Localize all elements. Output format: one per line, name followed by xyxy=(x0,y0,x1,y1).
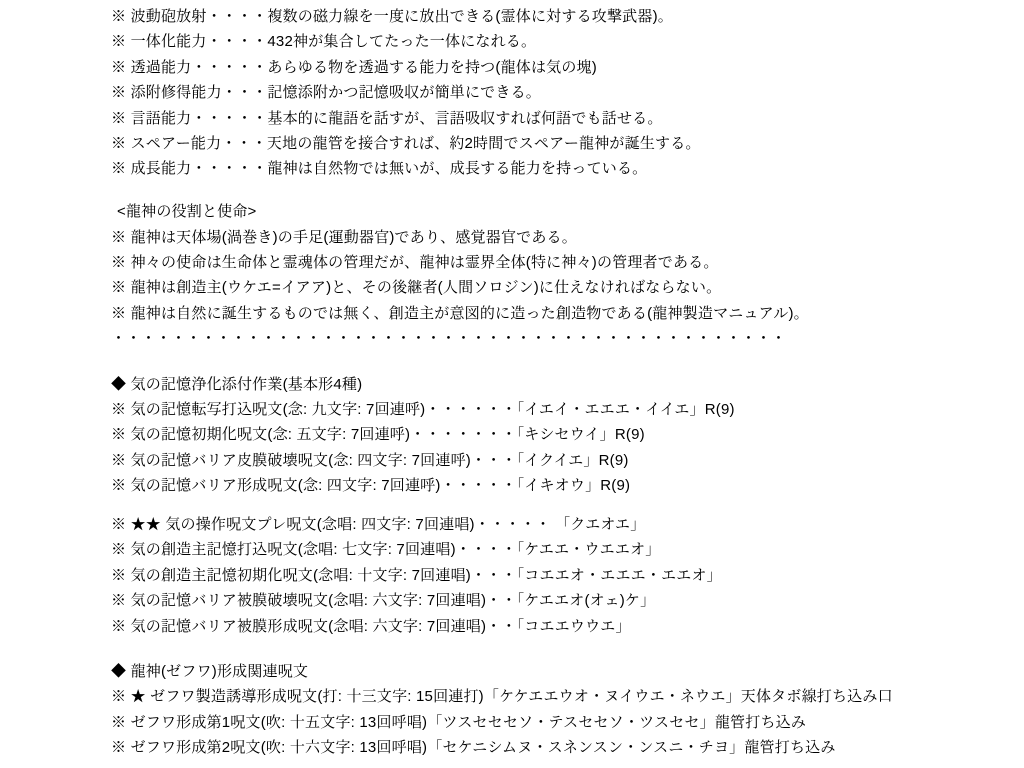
doc-line: ※ 龍神は自然に誕生するものでは無く、創造主が意図的に造った創造物である(龍神製… xyxy=(111,301,1024,326)
section-heading-ki-memory-purification: ◆ 気の記憶浄化添付作業(基本形4種) xyxy=(111,372,1024,397)
doc-line: ※ 神々の使命は生命体と霊魂体の管理だが、龍神は霊界全体(特に神々)の管理者であ… xyxy=(111,250,1024,275)
doc-line: ※ 龍神は天体場(渦巻き)の手足(運動器官)であり、感覚器官である。 xyxy=(111,225,1024,250)
doc-line: ※ ★★ 気の操作呪文プレ呪文(念唱: 四文字: 7回連唱)・・・・・ 「クエオ… xyxy=(111,512,1024,537)
doc-line: ※ 一体化能力・・・・432神が集合してたった一体になれる。 xyxy=(111,29,1024,54)
doc-line: ※ ゼフワ形成第1呪文(吹: 十五文字: 13回呼唱)「ツスセセセソ・テスセセソ… xyxy=(111,710,1024,735)
doc-line: ※ 気の創造主記憶打込呪文(念唱: 七文字: 7回連唱)・・・・「ケエエ・ウエエ… xyxy=(111,537,1024,562)
doc-line: ※ 成長能力・・・・・龍神は自然物では無いが、成長する能力を持っている。 xyxy=(111,156,1024,181)
doc-line: ※ 添附修得能力・・・記憶添附かつ記憶吸収が簡単にできる。 xyxy=(111,80,1024,105)
doc-line: ※ 気の記憶バリア被膜破壊呪文(念唱: 六文字: 7回連唱)・・「ケエエオ(オェ… xyxy=(111,588,1024,613)
doc-line: ※ 気の創造主記憶初期化呪文(念唱: 十文字: 7回連唱)・・・「コエエオ・エエ… xyxy=(111,563,1024,588)
doc-line: ※ 気の記憶バリア形成呪文(念: 四文字: 7回連呼)・・・・・「イキオウ」R(… xyxy=(111,473,1024,498)
doc-line: ※ ★ ゼフワ製造誘導形成呪文(打: 十三文字: 15回連打)「ケケエエウオ・ヌ… xyxy=(111,684,1024,709)
doc-line: ※ スペアー能力・・・天地の龍管を接合すれば、約2時間でスペアー龍神が誕生する。 xyxy=(111,131,1024,156)
doc-line: ※ 気の記憶バリア被膜形成呪文(念唱: 六文字: 7回連唱)・・「コエエウウエ」 xyxy=(111,614,1024,639)
doc-line: ※ 言語能力・・・・・基本的に龍語を話すが、言語吸収すれば何語でも話せる。 xyxy=(111,106,1024,131)
doc-line: ※ 龍神は創造主(ウケエ=イアア)と、その後継者(人間ソロジン)に仕えなければな… xyxy=(111,275,1024,300)
section-heading-dragon-role: <龍神の役割と使命> xyxy=(111,199,1024,224)
dotted-separator: ・・・・・・・・・・・・・・・・・・・・・・・・・・・・・・・・・・・・・・・・… xyxy=(111,326,1024,351)
doc-line: ※ 気の記憶転写打込呪文(念: 九文字: 7回連呼)・・・・・・「イエイ・エエエ… xyxy=(111,397,1024,422)
doc-line: ※ 気の記憶バリア皮膜破壊呪文(念: 四文字: 7回連呼)・・・「イクイエ」R(… xyxy=(111,448,1024,473)
section-gap xyxy=(111,182,1024,200)
document-page: ※ 波動砲放射・・・・複数の磁力線を一度に放出できる(霊体に対する攻撃武器)。※… xyxy=(0,0,1024,768)
doc-line: ※ 透過能力・・・・・あらゆる物を透過する能力を持つ(龍体は気の塊) xyxy=(111,55,1024,80)
doc-line: ※ ゼフワ形成第2呪文(吹: 十六文字: 13回呼唱)「セケニシムヌ・スネンスン… xyxy=(111,735,1024,760)
section-heading-zefuwa-formation: ◆ 龍神(ゼフワ)形成関連呪文 xyxy=(111,659,1024,684)
section-gap xyxy=(111,639,1024,659)
section-gap xyxy=(111,499,1024,513)
doc-line: ※ 波動砲放射・・・・複数の磁力線を一度に放出できる(霊体に対する攻撃武器)。 xyxy=(111,4,1024,29)
section-gap xyxy=(111,352,1024,372)
doc-line: ※ 気の記憶初期化呪文(念: 五文字: 7回連呼)・・・・・・・「キシセウイ」R… xyxy=(111,422,1024,447)
